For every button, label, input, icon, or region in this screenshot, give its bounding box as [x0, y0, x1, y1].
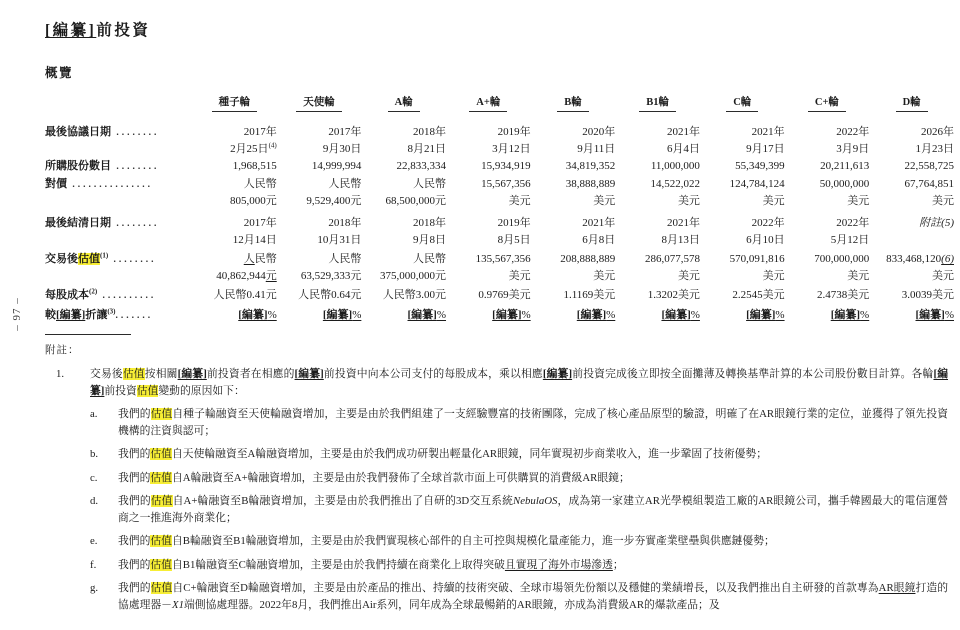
text-segment: 208,888,889	[560, 253, 615, 265]
text-segment: 2021年	[667, 217, 700, 229]
text-segment: 2022年	[836, 126, 869, 138]
table-cell: [編纂]%	[361, 305, 446, 325]
cell-line: 2.2545美元	[700, 287, 785, 304]
text-segment: (6)	[941, 253, 954, 265]
text-segment: 估值	[150, 472, 172, 484]
cell-line: 人民幣0.41元	[192, 287, 277, 304]
note-item-b: b.我們的估值自天使輪融資至A輪融資增加，主要是由於我們成功研製出輕量化AR眼鏡…	[90, 446, 948, 463]
cell-line: 2022年	[785, 215, 870, 232]
text-segment: 附註(5)	[919, 217, 954, 229]
cell-line: 805,000元	[192, 193, 277, 210]
text-segment: 人民幣0.41元	[213, 289, 276, 301]
note-item-d: d.我們的估值自A+輪融資至B輪融資增加，主要是由於我們推出了自研的3D交互系統…	[90, 493, 948, 526]
text-segment: 我們的	[118, 448, 150, 460]
note-item-f: f.我們的估值自B1輪融資至C輪融資增加，主要是由於我們持續在商業化上取得突破且…	[90, 557, 948, 574]
text-segment: 8月21日	[408, 143, 447, 155]
text-segment: 前投資中向本公司支付的每股成本，乘以相應	[324, 368, 543, 380]
table-cell: [編纂]%	[869, 305, 954, 325]
text-segment: %	[521, 309, 530, 321]
column-header-C輪: C輪	[700, 94, 785, 112]
cell-line: 3月9日	[785, 141, 870, 158]
table-cell: 135,567,356美元	[446, 249, 531, 285]
table-cell: 人民幣9,529,400元	[277, 176, 362, 210]
text-segment: %	[606, 309, 615, 321]
note-text: 我們的估值自天使輪融資至A輪融資增加，主要是由於我們成功研製出輕量化AR眼鏡，同…	[118, 446, 948, 463]
column-header-label: C輪	[726, 94, 758, 112]
note-item-g: g.我們的估值自C+輪融資至D輪融資增加，主要是由於產品的推出、持續的技術突破、…	[90, 580, 948, 613]
text-segment: 833,468,120	[886, 253, 941, 265]
cell-line: 208,888,889	[531, 251, 616, 268]
text-segment: 55,349,399	[735, 160, 785, 172]
text-segment: 估值	[123, 368, 145, 380]
cell-line: 570,091,816	[700, 251, 785, 268]
note-number: d.	[90, 493, 118, 510]
table-cell: 人民幣805,000元	[192, 176, 277, 210]
text-segment: 11,000,000	[651, 160, 700, 172]
cell-line: [編纂]%	[361, 307, 446, 324]
cell-line: 9月30日	[277, 141, 362, 158]
cell-line: 38,888,889	[531, 176, 616, 193]
text-segment: 自種子輪融資至天使輪融資增加，主要是由於我們組建了一支經驗豐富的技術團隊，完成了…	[118, 408, 948, 437]
note-number: 1.	[56, 366, 90, 383]
text-segment: 135,567,356	[476, 253, 531, 265]
text-segment: [編纂]	[746, 309, 775, 321]
notes-list: 1.交易後估值按相關[編纂]前投資者在相應的[編纂]前投資中向本公司支付的每股成…	[45, 366, 948, 613]
cell-line: 2.4738美元	[785, 287, 870, 304]
row-label: 交易後估值(1) ........	[45, 249, 192, 285]
text-segment: [編纂]	[45, 22, 96, 39]
text-segment: X1	[172, 599, 184, 611]
cell-line: 63,529,333元	[277, 268, 362, 285]
text-segment: 美元	[509, 195, 531, 207]
text-segment: 自B1輪融資至C輪融資增加，主要是由於我們持續在商業化上取得突破	[172, 559, 505, 571]
cell-line: 22,833,334	[361, 158, 446, 175]
text-segment: 50,000,000	[820, 178, 870, 190]
text-segment: 估值	[151, 582, 173, 594]
text-segment: 美元	[509, 270, 531, 282]
text-segment: 124,784,124	[730, 178, 785, 190]
cell-line: 68,500,000元	[361, 193, 446, 210]
cell-line: 2019年	[446, 215, 531, 232]
table-cell: [編纂]%	[531, 305, 616, 325]
text-segment: %	[860, 309, 869, 321]
cell-line: 人民幣3.00元	[361, 287, 446, 304]
text-segment: 美元	[678, 270, 700, 282]
text-segment: ........	[111, 128, 159, 138]
cell-line: 15,567,356	[446, 176, 531, 193]
text-segment: 14,999,994	[312, 160, 362, 172]
text-segment: 9月17日	[746, 143, 785, 155]
text-segment: 20,211,613	[820, 160, 869, 172]
text-segment: 變動的原因如下：	[158, 385, 244, 397]
text-segment: 美元	[847, 195, 869, 207]
text-segment: 折讓	[85, 309, 107, 321]
note-item-e: e.我們的估值自B輪融資至B1輪融資增加，主要是由於我們實現核心部件的自主可控與…	[90, 533, 948, 550]
text-segment: ..........	[97, 291, 156, 301]
text-segment: 40,862,944	[216, 270, 266, 282]
cell-line: 9,529,400元	[277, 193, 362, 210]
text-segment: 1,968,515	[233, 160, 277, 172]
text-segment: 67,764,851	[905, 178, 955, 190]
cell-line: 2018年	[361, 124, 446, 141]
cell-line: 3.0039美元	[869, 287, 954, 304]
text-segment: %	[437, 309, 446, 321]
cell-line: 12月14日	[192, 232, 277, 249]
cell-line: 0.9769美元	[446, 287, 531, 304]
text-segment: 估值	[150, 535, 172, 547]
table-cell: 20,211,613	[785, 158, 870, 176]
table-cell: 2021年6月4日	[615, 112, 700, 158]
cell-line: [編纂]%	[192, 307, 277, 324]
row-label: 最後協議日期 ........	[45, 112, 192, 158]
note-item-c: c.我們的估值自A輪融資至A+輪融資增加，主要是由於我們發佈了全球首款市面上可供…	[90, 470, 948, 487]
text-segment: 估值	[150, 559, 172, 571]
table-row: 交易後估值(1) ........人民幣40,862,944元人民幣63,529…	[45, 249, 954, 285]
row-label: 較[編纂]折讓(3).......	[45, 305, 192, 325]
text-segment: 1月23日	[916, 143, 955, 155]
cell-line: 375,000,000元	[361, 268, 446, 285]
table-cell: 570,091,816美元	[700, 249, 785, 285]
row-label: 最後結清日期 ........	[45, 210, 192, 249]
table-cell: 22,558,725	[869, 158, 954, 176]
column-header-A輪: A輪	[361, 94, 446, 112]
cell-line: 6月10日	[700, 232, 785, 249]
text-segment: 15,567,356	[481, 178, 531, 190]
table-cell: 人民幣0.41元	[192, 285, 277, 305]
text-segment: 我們的	[118, 408, 151, 420]
table-cell: 50,000,000美元	[785, 176, 870, 210]
text-segment: 前投資	[96, 22, 150, 39]
table-cell: 15,567,356美元	[446, 176, 531, 210]
cell-line: 9月17日	[700, 141, 785, 158]
text-segment: AR眼鏡	[879, 582, 916, 594]
text-segment: 3月12日	[492, 143, 531, 155]
text-segment: [編纂]	[916, 309, 945, 321]
cell-line: 286,077,578	[615, 251, 700, 268]
text-segment: 交易後	[45, 253, 78, 265]
column-header-label: 種子輪	[212, 94, 258, 112]
table-cell: 14,522,022美元	[615, 176, 700, 210]
text-segment: 8月5日	[498, 234, 531, 246]
text-segment: 6月10日	[746, 234, 785, 246]
cell-line: 人民幣0.64元	[277, 287, 362, 304]
cell-line: 美元	[700, 268, 785, 285]
table-row: 每股成本(2) ..........人民幣0.41元人民幣0.64元人民幣3.0…	[45, 285, 954, 305]
cell-line: 2020年	[531, 124, 616, 141]
text-segment: 2017年	[328, 126, 361, 138]
text-segment: [編纂]	[661, 309, 690, 321]
cell-line: 2019年	[446, 124, 531, 141]
text-segment: 自C+輪融資至D輪融資增加，主要是由於產品的推出、持續的技術突破、全球市場領先份…	[172, 582, 878, 594]
text-segment: 1.3202美元	[648, 289, 700, 301]
text-segment: 2月25日	[230, 143, 269, 155]
cell-line: 2021年	[615, 215, 700, 232]
note-item-a: a.我們的估值自種子輪融資至天使輪融資增加，主要是由於我們組建了一支經驗豐富的技…	[90, 406, 948, 439]
text-segment: 9月11日	[577, 143, 615, 155]
text-segment: (1)	[100, 251, 108, 259]
text-segment: [編纂]	[178, 368, 207, 380]
table-cell: 34,819,352	[531, 158, 616, 176]
text-segment: 8月13日	[661, 234, 700, 246]
notes-heading: 附註：	[45, 342, 948, 357]
text-segment: 2026年	[921, 126, 954, 138]
cell-line: [編纂]%	[531, 307, 616, 324]
table-cell: 833,468,120(6)美元	[869, 249, 954, 285]
column-header-label: B輪	[557, 94, 589, 112]
text-segment: [編纂]	[295, 368, 324, 380]
cell-line: 2018年	[277, 215, 362, 232]
table-cell: 人民幣0.64元	[277, 285, 362, 305]
text-segment: 2019年	[498, 126, 531, 138]
text-segment: 自B輪融資至B1輪融資增加，主要是由於我們實現核心部件的自主可控與規模化量產能力…	[172, 535, 775, 547]
text-segment: [編纂]	[323, 309, 352, 321]
text-segment: 375,000,000元	[380, 270, 446, 282]
cell-line: [編纂]%	[700, 307, 785, 324]
text-segment: [編纂]	[831, 309, 860, 321]
table-cell: 38,888,889美元	[531, 176, 616, 210]
text-segment: [編纂]	[56, 309, 85, 321]
text-segment: 2022年	[752, 217, 785, 229]
cell-line: 14,522,022	[615, 176, 700, 193]
text-segment: 5月12日	[831, 234, 870, 246]
cell-line: 人民幣	[361, 176, 446, 193]
table-cell: 2020年9月11日	[531, 112, 616, 158]
cell-line: [編纂]%	[446, 307, 531, 324]
text-segment: NebulaOS	[513, 495, 557, 507]
text-segment: 14,522,022	[650, 178, 700, 190]
cell-line: 2月25日(4)	[192, 141, 277, 158]
table-cell: 286,077,578美元	[615, 249, 700, 285]
table-cell: 2019年3月12日	[446, 112, 531, 158]
table-cell: 人民幣3.00元	[361, 285, 446, 305]
text-segment: 68,500,000元	[386, 195, 447, 207]
text-segment: 2019年	[498, 217, 531, 229]
cell-line: 美元	[531, 268, 616, 285]
table-cell: 2022年6月10日	[700, 210, 785, 249]
cell-line: 40,862,944元	[192, 268, 277, 285]
cell-line: 2017年	[277, 124, 362, 141]
cell-line: 135,567,356	[446, 251, 531, 268]
table-body: 最後協議日期 ........2017年2月25日(4)2017年9月30日20…	[45, 112, 954, 325]
table-cell: 2022年3月9日	[785, 112, 870, 158]
text-segment: 美元	[678, 195, 700, 207]
column-header-種子輪: 種子輪	[192, 94, 277, 112]
text-segment: 63,529,333元	[301, 270, 362, 282]
note-text: 我們的估值自A輪融資至A+輪融資增加，主要是由於我們發佈了全球首款市面上可供購買…	[118, 470, 948, 487]
table-cell: 2018年8月21日	[361, 112, 446, 158]
table-cell: 1.3202美元	[615, 285, 700, 305]
cell-line: 20,211,613	[785, 158, 870, 175]
footnote-divider	[45, 334, 131, 335]
text-segment: 2021年	[667, 126, 700, 138]
text-segment: 估值	[150, 448, 172, 460]
text-segment: 自A+輪融資至B輪融資增加，主要是由於我們推出了自研的3D交互系統	[173, 495, 513, 507]
column-header-label: 天使輪	[296, 94, 342, 112]
table-cell: 2022年5月12日	[785, 210, 870, 249]
text-segment: 前投資完成後立即按全面攤薄及轉換基準計算的本公司股份數目計算。各輪	[572, 368, 933, 380]
text-segment: ；	[613, 559, 624, 571]
column-header-D輪: D輪	[869, 94, 954, 112]
text-segment: [編纂]	[492, 309, 521, 321]
text-segment: [編纂]	[408, 309, 437, 321]
text-segment: 10月31日	[317, 234, 361, 246]
cell-line: 8月21日	[361, 141, 446, 158]
text-segment: (3)	[107, 307, 115, 315]
cell-line: 14,999,994	[277, 158, 362, 175]
table-cell: 1,968,515	[192, 158, 277, 176]
cell-line: 美元	[531, 193, 616, 210]
table-cell: 3.0039美元	[869, 285, 954, 305]
table-cell: 55,349,399	[700, 158, 785, 176]
table-row: 較[編纂]折讓(3).......[編纂]%[編纂]%[編纂]%[編纂]%[編纂…	[45, 305, 954, 325]
text-segment: %	[268, 309, 277, 321]
cell-line: 美元	[700, 193, 785, 210]
table-cell: 2017年12月14日	[192, 210, 277, 249]
text-segment: 美元	[763, 195, 785, 207]
column-header-天使輪: 天使輪	[277, 94, 362, 112]
table-cell: 人民幣63,529,333元	[277, 249, 362, 285]
text-segment: 且實現了海外市場滲透	[505, 559, 613, 571]
cell-line: [編纂]%	[785, 307, 870, 324]
side-page-number: – 97 –	[11, 274, 23, 354]
text-segment: %	[945, 309, 954, 321]
text-segment: 3.0039美元	[902, 289, 954, 301]
text-segment: 所購股份數目	[45, 160, 111, 172]
note-text: 我們的估值自C+輪融資至D輪融資增加，主要是由於產品的推出、持續的技術突破、全球…	[118, 580, 948, 613]
text-segment: 6月8日	[582, 234, 615, 246]
cell-line: [編纂]%	[277, 307, 362, 324]
column-header-B1輪: B1輪	[615, 94, 700, 112]
cell-line: 美元	[869, 268, 954, 285]
text-segment: 15,934,919	[481, 160, 531, 172]
table-cell: 人民幣40,862,944元	[192, 249, 277, 285]
cell-line: 124,784,124	[700, 176, 785, 193]
cell-line: 11,000,000	[615, 158, 700, 175]
cell-line: [編纂]%	[615, 307, 700, 324]
text-segment: 2017年	[244, 217, 277, 229]
text-segment: 美元	[593, 270, 615, 282]
text-segment: 0.9769美元	[478, 289, 530, 301]
text-segment: 22,558,725	[905, 160, 955, 172]
text-segment: 22,833,334	[397, 160, 447, 172]
text-segment: 前投資者在相應的	[207, 368, 295, 380]
cell-line: 50,000,000	[785, 176, 870, 193]
text-segment: 2018年	[413, 217, 446, 229]
table-cell: [編纂]%	[615, 305, 700, 325]
table-cell: 124,784,124美元	[700, 176, 785, 210]
cell-line: 1.1169美元	[531, 287, 616, 304]
table-cell: 2.2545美元	[700, 285, 785, 305]
cell-line: [編纂]%	[869, 307, 954, 324]
text-segment: 民幣	[255, 253, 277, 265]
text-segment: 6月4日	[667, 143, 700, 155]
row-label: 所購股份數目 ........	[45, 158, 192, 176]
cell-line: 55,349,399	[700, 158, 785, 175]
text-segment: ........	[108, 255, 156, 265]
text-segment: 較	[45, 309, 56, 321]
cell-line: 美元	[615, 193, 700, 210]
cell-line: 2017年	[192, 215, 277, 232]
table-cell: 14,999,994	[277, 158, 362, 176]
cell-line: 8月5日	[446, 232, 531, 249]
text-segment: 9,529,400元	[306, 195, 361, 207]
column-header-label: D輪	[896, 94, 928, 112]
text-segment: 我們的	[118, 472, 150, 484]
table-cell: 1.1169美元	[531, 285, 616, 305]
table-cell: 人民幣375,000,000元	[361, 249, 446, 285]
table-cell: [編纂]%	[446, 305, 531, 325]
note-number: a.	[90, 406, 118, 423]
cell-line: 10月31日	[277, 232, 362, 249]
table-cell: 0.9769美元	[446, 285, 531, 305]
note-number: c.	[90, 470, 118, 487]
table-header-row: 種子輪天使輪A輪A+輪B輪B1輪C輪C+輪D輪	[45, 94, 954, 112]
cell-line: 1.3202美元	[615, 287, 700, 304]
cell-line: 美元	[446, 193, 531, 210]
cell-line: 1月23日	[869, 141, 954, 158]
cell-line: 人民幣	[192, 251, 277, 268]
text-segment: 286,077,578	[645, 253, 700, 265]
table-cell: [編纂]%	[700, 305, 785, 325]
cell-line: 2021年	[615, 124, 700, 141]
cell-line: 附註(5)	[869, 215, 954, 232]
text-segment: (2)	[89, 287, 97, 295]
text-segment: [編纂]	[238, 309, 267, 321]
table-cell: 2019年8月5日	[446, 210, 531, 249]
text-segment: 每股成本	[45, 289, 89, 301]
note-text: 我們的估值自B輪融資至B1輪融資增加，主要是由於我們實現核心部件的自主可控與規模…	[118, 533, 948, 550]
note-number: b.	[90, 446, 118, 463]
note-item-1: 1.交易後估值按相關[編纂]前投資者在相應的[編纂]前投資中向本公司支付的每股成…	[56, 366, 948, 399]
text-segment: 我們的	[118, 535, 150, 547]
table-cell: 2018年9月8日	[361, 210, 446, 249]
text-segment: 自天使輪融資至A輪融資增加，主要是由於我們成功研製出輕量化AR眼鏡，同年實現初步…	[172, 448, 767, 460]
table-row: 最後協議日期 ........2017年2月25日(4)2017年9月30日20…	[45, 112, 954, 158]
row-label: 對價 ...............	[45, 176, 192, 210]
table-cell: 2017年9月30日	[277, 112, 362, 158]
text-segment: 估值	[151, 408, 173, 420]
table-cell: 700,000,000美元	[785, 249, 870, 285]
table-cell: [編纂]%	[277, 305, 362, 325]
note-text: 我們的估值自種子輪融資至天使輪融資增加，主要是由於我們組建了一支經驗豐富的技術團…	[118, 406, 948, 439]
prospectus-page: – 97 – [編纂]前投資 概覽 種子輪天使輪A輪A+輪B輪B1輪C輪C+輪D…	[0, 0, 960, 630]
text-segment: 美元	[932, 270, 954, 282]
column-header-C+輪: C+輪	[785, 94, 870, 112]
text-segment: 美元	[847, 270, 869, 282]
overview-heading: 概覽	[45, 63, 948, 81]
text-segment: 人民幣	[244, 178, 277, 190]
text-segment: 人	[244, 253, 255, 265]
text-segment: 34,819,352	[566, 160, 616, 172]
cell-line: 8月13日	[615, 232, 700, 249]
cell-line: 9月11日	[531, 141, 616, 158]
table-row: 對價 ...............人民幣805,000元人民幣9,529,40…	[45, 176, 954, 210]
text-segment: 估值	[151, 495, 173, 507]
text-segment: 按相關	[145, 368, 178, 380]
cell-line: 22,558,725	[869, 158, 954, 175]
note-text: 我們的估值自A+輪融資至B輪融資增加，主要是由於我們推出了自研的3D交互系統Ne…	[118, 493, 948, 526]
table-cell: 22,833,334	[361, 158, 446, 176]
column-header-label: A+輪	[469, 94, 507, 112]
text-segment: 我們的	[118, 559, 150, 571]
text-segment: 2.2545美元	[732, 289, 784, 301]
text-segment: 805,000元	[230, 195, 277, 207]
cell-line: 2026年	[869, 124, 954, 141]
text-segment: 人民幣	[328, 253, 361, 265]
text-segment: 1.1169美元	[563, 289, 615, 301]
table-row: 最後結清日期 ........2017年12月14日2018年10月31日201…	[45, 210, 954, 249]
text-segment: 2018年	[413, 126, 446, 138]
